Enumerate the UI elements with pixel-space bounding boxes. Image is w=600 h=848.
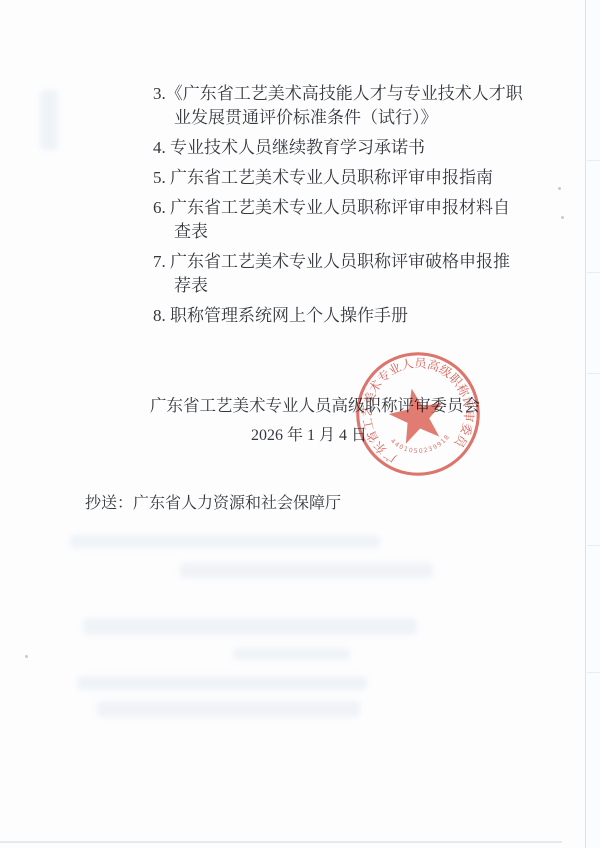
list-item-text: 4. 专业技术人员继续教育学习承诺书 xyxy=(153,136,535,160)
list-item-text: 6. 广东省工艺美术专业人员职称评审申报材料自 xyxy=(153,196,535,220)
list-item-text: 7. 广东省工艺美术专业人员职称评审破格申报推 xyxy=(153,250,535,274)
list-item-text: 8. 职称管理系统网上个人操作手册 xyxy=(153,304,535,328)
scan-streak xyxy=(587,672,600,673)
list-item: 6. 广东省工艺美术专业人员职称评审申报材料自 查表 xyxy=(153,196,535,244)
signature-committee-name: 广东省工艺美术专业人员高级职称评审委员会 xyxy=(150,392,490,416)
list-item: 4. 专业技术人员继续教育学习承诺书 xyxy=(153,136,535,160)
list-item-text: 3.《广东省工艺美术高技能人才与专业技术人才职 xyxy=(153,82,535,106)
list-item: 5. 广东省工艺美术专业人员职称评审申报指南 xyxy=(153,166,535,190)
page-bottom-edge xyxy=(0,841,562,843)
list-item: 7. 广东省工艺美术专业人员职称评审破格申报推 荐表 xyxy=(153,250,535,298)
bleedthrough-artifact xyxy=(180,563,433,578)
document-page: 3.《广东省工艺美术高技能人才与专业技术人才职 业发展贯通评价标准条件（试行）》… xyxy=(0,0,586,848)
list-item: 8. 职称管理系统网上个人操作手册 xyxy=(153,304,535,328)
scan-streak xyxy=(587,272,600,273)
list-item: 3.《广东省工艺美术高技能人才与专业技术人才职 业发展贯通评价标准条件（试行）》 xyxy=(153,82,535,130)
bleedthrough-artifact xyxy=(77,676,367,690)
signature-date: 2026 年 1 月 4 日 xyxy=(144,422,474,445)
bleedthrough-artifact xyxy=(40,90,58,150)
scan-streak xyxy=(587,373,600,374)
list-item-text: 查表 xyxy=(153,220,535,244)
list-item-text: 5. 广东省工艺美术专业人员职称评审申报指南 xyxy=(153,166,535,190)
scan-speck xyxy=(25,655,28,658)
scan-streak xyxy=(587,160,600,161)
bleedthrough-artifact xyxy=(97,701,360,717)
cc-footer: 抄送：广东省人力资源和社会保障厅 xyxy=(85,490,341,513)
bleedthrough-artifact xyxy=(233,648,350,660)
attachment-list: 3.《广东省工艺美术高技能人才与专业技术人才职 业发展贯通评价标准条件（试行）》… xyxy=(153,82,535,334)
scan-streak xyxy=(587,545,600,546)
list-item-text: 荐表 xyxy=(153,274,535,298)
bleedthrough-artifact xyxy=(70,535,380,548)
scan-speck xyxy=(558,187,561,190)
scan-speck xyxy=(561,216,564,219)
scan-background-strip xyxy=(586,0,600,848)
list-item-text: 业发展贯通评价标准条件（试行）》 xyxy=(153,106,535,130)
bleedthrough-artifact xyxy=(83,618,417,635)
